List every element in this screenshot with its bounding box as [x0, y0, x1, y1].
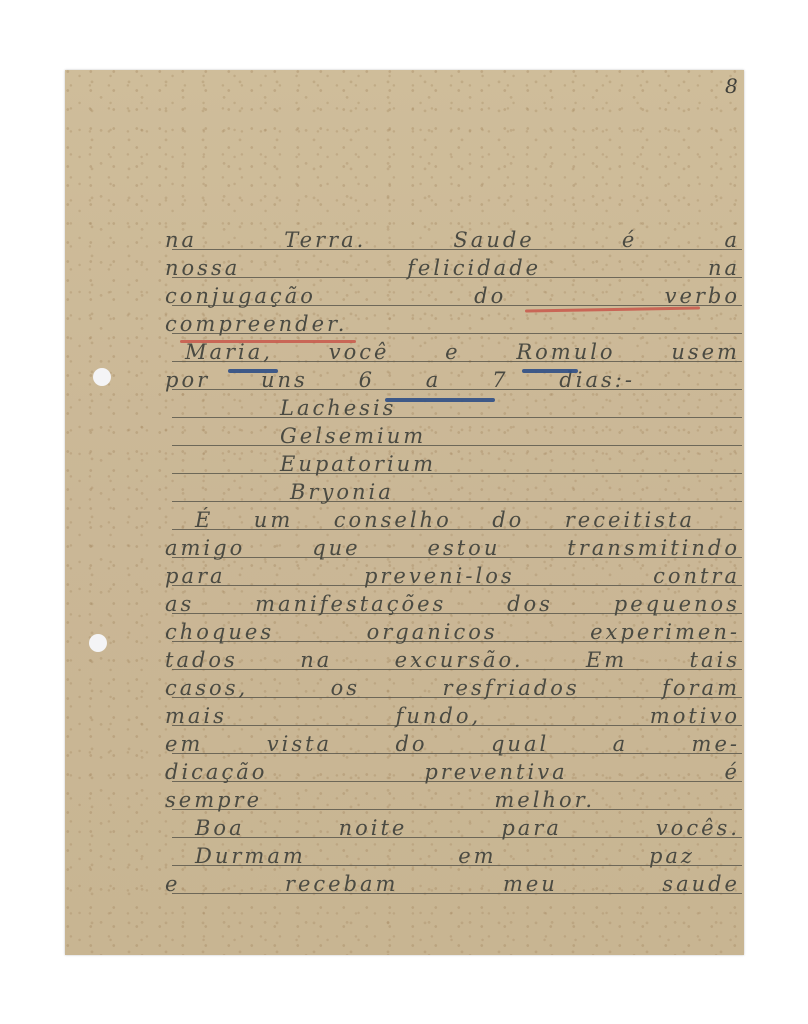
text-line-14: asmanifestaçõesdospequenos	[165, 590, 740, 616]
text-line-24: erecebammeusaude	[165, 870, 740, 896]
text-line-22: Boanoiteparavocês.	[195, 814, 740, 840]
text-line-2: nossafelicidadena	[165, 254, 740, 280]
text-line-1: naTerra.Saudeéa	[165, 226, 740, 252]
blue-underline-maria	[228, 369, 278, 373]
text-line-19: emvistadoqualame-	[165, 730, 740, 756]
text-line-21: sempremelhor.	[165, 786, 595, 812]
blue-underline-romulo	[522, 369, 578, 373]
text-line-16: tadosnaexcursão.Emtais	[165, 646, 740, 672]
text-line-23: Durmamempaz	[195, 842, 695, 868]
text-line-17: casos,osresfriadosforam	[165, 674, 740, 700]
text-line-11: Éumconselhodoreceitista	[195, 506, 695, 532]
blue-underline-6-a-7	[385, 398, 495, 402]
text-line-4: compreender.	[165, 310, 740, 336]
text-line-20: dicaçãopreventivaé	[165, 758, 740, 784]
text-line-3: conjugaçãodoverbo	[165, 282, 740, 308]
remedy-eupatorium: Eupatorium	[280, 450, 808, 476]
remedy-bryonia: Bryonia	[290, 478, 808, 504]
punch-hole-top	[93, 368, 111, 386]
page-number: 8	[725, 74, 738, 98]
text-line-15: choquesorganicosexperimen-	[165, 618, 740, 644]
text-line-12: amigoqueestoutransmitindo	[165, 534, 740, 560]
remedy-lachesis: Lachesis	[280, 394, 808, 420]
remedy-gelsemium: Gelsemium	[280, 422, 808, 448]
text-line-18: maisfundo,motivo	[165, 702, 740, 728]
text-line-13: parapreveni-loscontra	[165, 562, 740, 588]
punch-hole-bottom	[89, 634, 107, 652]
red-underline-compreender	[180, 340, 356, 343]
